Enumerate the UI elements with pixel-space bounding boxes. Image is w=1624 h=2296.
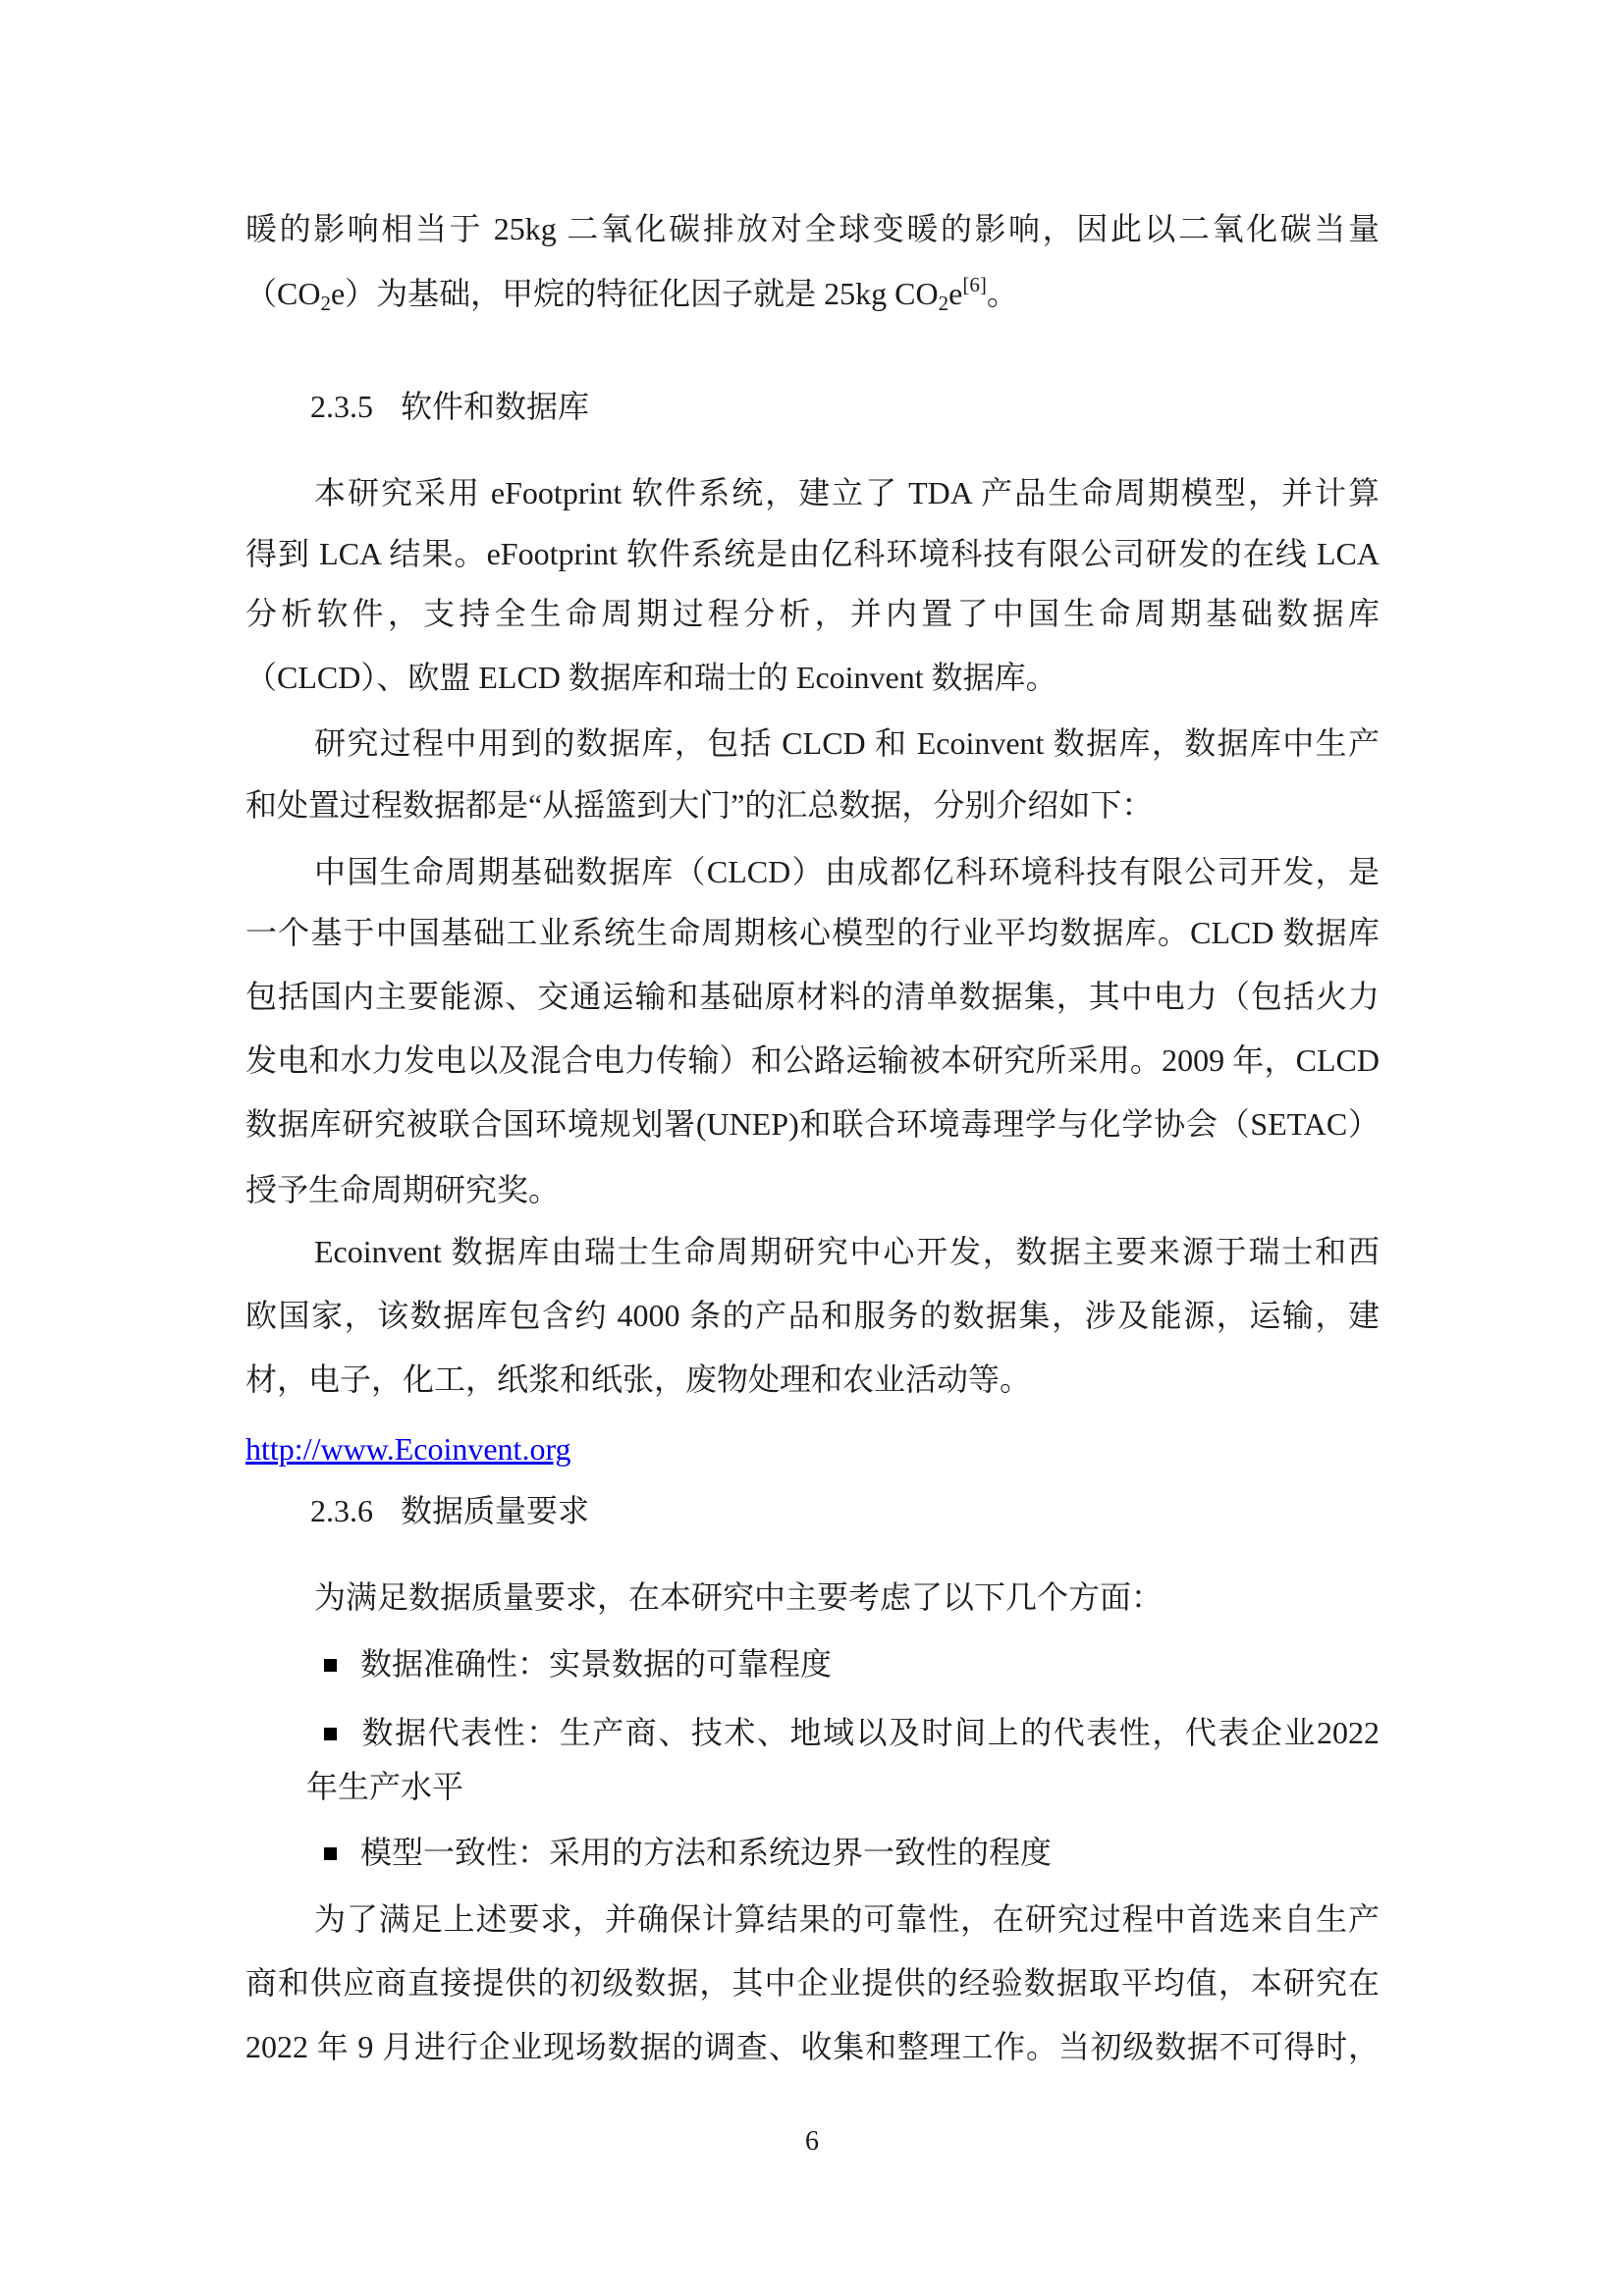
para-line: 发电和水力发电以及混合电力传输）和公路运输被本研究所采用。2009 年，CLCD bbox=[245, 1029, 1380, 1092]
para-line: 材，电子，化工，纸浆和纸张，废物处理和农业活动等。 bbox=[245, 1348, 1380, 1411]
link-line: http://www.Ecoinvent.org bbox=[245, 1417, 1380, 1480]
heading-title: 数据质量要求 bbox=[401, 1493, 589, 1528]
heading-title: 软件和数据库 bbox=[401, 389, 589, 424]
para-line: 欧国家，该数据库包含约 4000 条的产品和服务的数据集，涉及能源，运输，建 bbox=[245, 1284, 1380, 1347]
bullet-text: 数据代表性：生产商、技术、地域以及时间上的代表性，代表企业2022 bbox=[360, 1715, 1380, 1750]
subscript-2: 2 bbox=[939, 292, 949, 315]
section-heading-2-3-6: 2.3.6 数据质量要求 bbox=[245, 1479, 1380, 1542]
bullet-text: 模型一致性：采用的方法和系统边界一致性的程度 bbox=[360, 1835, 1052, 1870]
co2e-text: e bbox=[948, 276, 962, 311]
para-line: 和处置过程数据都是“从摇篮到大门”的汇总数据，分别介绍如下： bbox=[245, 774, 1380, 836]
citation-superscript-6: [6] bbox=[962, 273, 987, 296]
co2e-text: （CO bbox=[245, 276, 320, 311]
para-line: 商和供应商直接提供的初级数据，其中企业提供的经验数据取平均值，本研究在 bbox=[245, 1951, 1380, 2014]
para-line: 授予生命周期研究奖。 bbox=[245, 1158, 1380, 1221]
para-line: 2022 年 9 月进行企业现场数据的调查、收集和整理工作。当初级数据不可得时， bbox=[245, 2015, 1380, 2078]
para-line: 暖的影响相当于 25kg 二氧化碳排放对全球变暖的影响，因此以二氧化碳当量 bbox=[245, 197, 1380, 260]
bullet-item-consistency: 模型一致性：采用的方法和系统边界一致性的程度 bbox=[245, 1821, 1380, 1884]
para-line: 得到 LCA 结果。eFootprint 软件系统是由亿科环境科技有限公司研发的… bbox=[245, 522, 1380, 585]
document-page: 暖的影响相当于 25kg 二氧化碳排放对全球变暖的影响，因此以二氧化碳当量 （C… bbox=[0, 0, 1624, 2296]
subscript-2: 2 bbox=[320, 292, 331, 315]
para-line: 一个基于中国基础工业系统生命周期核心模型的行业平均数据库。CLCD 数据库 bbox=[245, 901, 1380, 964]
co2e-text: e）为基础，甲烷的特征化因子就是 25kg CO bbox=[331, 276, 939, 311]
bullet-square-icon bbox=[324, 1847, 337, 1860]
para-line: 分析软件，支持全生命周期过程分析，并内置了中国生命周期基础数据库 bbox=[245, 582, 1380, 645]
bullet-square-icon bbox=[324, 1728, 337, 1740]
para-line: 数据库研究被联合国环境规划署(UNEP)和联合环境毒理学与化学协会（SETAC） bbox=[245, 1093, 1380, 1155]
page-number: 6 bbox=[0, 2117, 1624, 2166]
bullet-text: 数据准确性：实景数据的可靠程度 bbox=[360, 1646, 832, 1682]
para-line: Ecoinvent 数据库由瑞士生命周期研究中心开发，数据主要来源于瑞士和西 bbox=[245, 1220, 1380, 1283]
ecoinvent-link[interactable]: http://www.Ecoinvent.org bbox=[245, 1431, 571, 1467]
section-heading-2-3-5: 2.3.5 软件和数据库 bbox=[245, 375, 1380, 438]
heading-number: 2.3.5 bbox=[310, 389, 373, 424]
para-line: 为满足数据质量要求，在本研究中主要考虑了以下几个方面： bbox=[245, 1566, 1380, 1629]
bullet-square-icon bbox=[324, 1659, 337, 1672]
para-line: 研究过程中用到的数据库，包括 CLCD 和 Ecoinvent 数据库，数据库中… bbox=[245, 712, 1380, 774]
bullet-wrap-line: 年生产水平 bbox=[245, 1755, 1380, 1818]
para-line: 本研究采用 eFootprint 软件系统，建立了 TDA 产品生命周期模型，并… bbox=[245, 461, 1380, 524]
bullet-item-accuracy: 数据准确性：实景数据的可靠程度 bbox=[245, 1632, 1380, 1695]
para-line: 包括国内主要能源、交通运输和基础原材料的清单数据集，其中电力（包括火力 bbox=[245, 965, 1380, 1028]
co2e-text: 。 bbox=[987, 276, 1018, 311]
para-line: 为了满足上述要求，并确保计算结果的可靠性，在研究过程中首选来自生产 bbox=[245, 1888, 1380, 1950]
para-line: （CLCD）、欧盟 ELCD 数据库和瑞士的 Ecoinvent 数据库。 bbox=[245, 646, 1380, 709]
para-line-co2e: （CO2e）为基础，甲烷的特征化因子就是 25kg CO2e[6]。 bbox=[245, 262, 1380, 325]
heading-number: 2.3.6 bbox=[310, 1493, 373, 1528]
para-line: 中国生命周期基础数据库（CLCD）由成都亿科环境科技有限公司开发，是 bbox=[245, 840, 1380, 903]
